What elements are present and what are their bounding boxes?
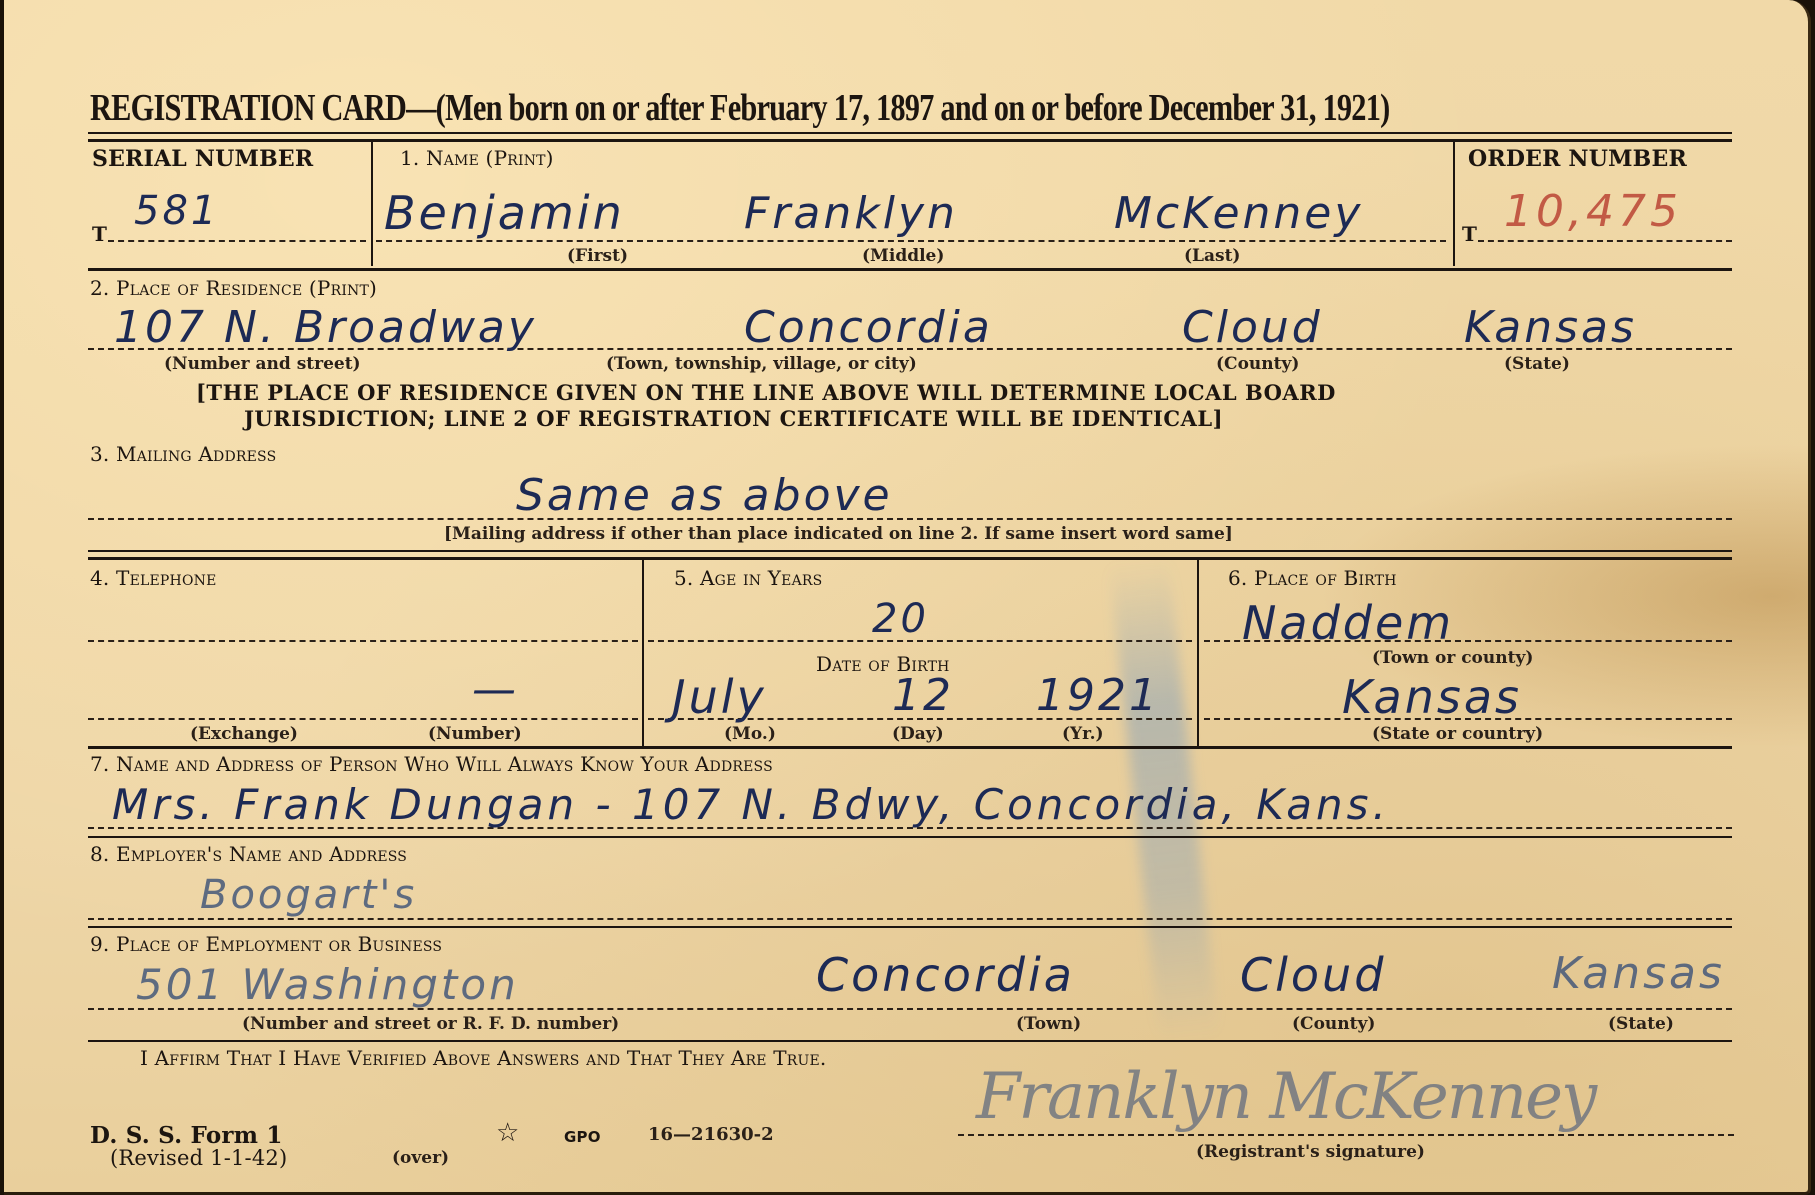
name-label: 1. Name (Print)	[400, 146, 554, 170]
serial-prefix: T	[92, 222, 107, 246]
first-caption: (First)	[567, 246, 628, 266]
residence-county-value: Cloud	[1182, 302, 1323, 353]
employment-state-caption: (State)	[1608, 1014, 1674, 1034]
employer-line	[88, 918, 1732, 920]
residence-street-value: 107 N. Broadway	[114, 302, 537, 353]
birth-town-value: Naddem	[1242, 596, 1454, 650]
state-caption: (State)	[1504, 354, 1570, 374]
telephone-number-value: —	[472, 664, 519, 715]
rule	[88, 550, 1732, 552]
employment-label: 9. Place of Employment or Business	[90, 932, 442, 956]
jurisdiction-notice-1: [THE PLACE OF RESIDENCE GIVEN ON THE LIN…	[196, 380, 1336, 405]
year-caption: (Yr.)	[1062, 724, 1104, 744]
registrant-signature: Franklyn McKenney	[976, 1060, 1595, 1134]
rule	[88, 746, 1732, 749]
employment-street-caption: (Number and street or R. F. D. number)	[242, 1014, 619, 1034]
contact-label: 7. Name and Address of Person Who Will A…	[90, 752, 773, 776]
divider	[1197, 560, 1199, 746]
last-name-value: McKenney	[1114, 188, 1363, 239]
registration-card: REGISTRATION CARD—(Men born on or after …	[4, 0, 1811, 1195]
card-title: REGISTRATION CARD—(Men born on or after …	[90, 86, 1389, 130]
star-icon: ☆	[496, 1118, 520, 1148]
employment-state-value: Kansas	[1552, 948, 1725, 999]
middle-caption: (Middle)	[862, 246, 944, 266]
signature-caption: (Registrant's signature)	[1196, 1142, 1425, 1162]
day-caption: (Day)	[892, 724, 944, 744]
dob-day-value: 12	[892, 670, 954, 721]
telephone-label: 4. Telephone	[90, 566, 217, 590]
order-line	[1478, 240, 1732, 242]
exchange-caption: (Exchange)	[190, 724, 298, 744]
employment-county-value: Cloud	[1240, 948, 1386, 1002]
mailing-line	[88, 518, 1732, 520]
rule	[88, 1040, 1732, 1042]
employer-label: 8. Employer's Name and Address	[90, 842, 407, 866]
rule	[88, 132, 1732, 134]
order-number-label: ORDER NUMBER	[1468, 146, 1687, 172]
last-caption: (Last)	[1184, 246, 1240, 266]
gpo-mark: GPO	[564, 1128, 601, 1146]
town-caption: (Town, township, village, or city)	[606, 354, 917, 374]
county-caption: (County)	[1216, 354, 1299, 374]
divider	[371, 142, 373, 266]
employment-street-value: 501 Washington	[136, 960, 519, 1009]
telephone-line-2	[88, 718, 638, 720]
rule	[88, 926, 1732, 928]
number-caption: (Number)	[428, 724, 522, 744]
age-value: 20	[872, 596, 929, 642]
order-number-value: 10,475	[1504, 186, 1682, 237]
birth-town-caption: (Town or county)	[1372, 648, 1533, 668]
employer-value: Boogart's	[200, 872, 417, 918]
dob-year-value: 1921	[1036, 670, 1160, 721]
signature-line	[958, 1134, 1734, 1136]
name-line	[376, 240, 1446, 242]
print-code: 16—21630-2	[648, 1124, 774, 1145]
birth-state-value: Kansas	[1342, 670, 1522, 724]
rule	[88, 557, 1732, 560]
residence-label: 2. Place of Residence (Print)	[90, 276, 377, 300]
serial-number-label: SERIAL NUMBER	[92, 146, 313, 172]
divider	[642, 560, 644, 746]
mailing-label: 3. Mailing Address	[90, 442, 276, 466]
telephone-line-1	[88, 640, 638, 642]
employment-town-value: Concordia	[816, 948, 1075, 1002]
form-revision: (Revised 1-1-42)	[110, 1146, 287, 1170]
residence-town-value: Concordia	[744, 302, 993, 353]
mailing-address-value: Same as above	[516, 470, 893, 521]
birthplace-label: 6. Place of Birth	[1228, 566, 1397, 590]
middle-name-value: Franklyn	[744, 188, 958, 239]
divider	[1453, 142, 1455, 266]
serial-number-value: 581	[134, 188, 219, 234]
rule	[88, 268, 1732, 271]
street-caption: (Number and street)	[164, 354, 361, 374]
rule	[88, 836, 1732, 838]
employment-county-caption: (County)	[1292, 1014, 1375, 1034]
serial-line	[108, 240, 366, 242]
contact-value: Mrs. Frank Dungan - 107 N. Bdwy, Concord…	[112, 780, 1390, 829]
birth-state-caption: (State or country)	[1372, 724, 1543, 744]
residence-state-value: Kansas	[1464, 302, 1637, 353]
first-name-value: Benjamin	[384, 186, 625, 240]
age-label: 5. Age in Years	[674, 566, 822, 590]
over-note: (over)	[392, 1148, 449, 1168]
affirmation-text: I Affirm That I Have Verified Above Answ…	[140, 1046, 826, 1070]
rule	[88, 139, 1732, 142]
order-prefix: T	[1462, 222, 1477, 246]
mailing-caption: [Mailing address if other than place ind…	[444, 524, 1233, 544]
month-caption: (Mo.)	[724, 724, 776, 744]
employment-town-caption: (Town)	[1016, 1014, 1081, 1034]
form-number: D. S. S. Form 1	[90, 1122, 283, 1149]
jurisdiction-notice-2: JURISDICTION; LINE 2 OF REGISTRATION CER…	[244, 406, 1223, 431]
dob-month-value: July	[672, 670, 767, 724]
